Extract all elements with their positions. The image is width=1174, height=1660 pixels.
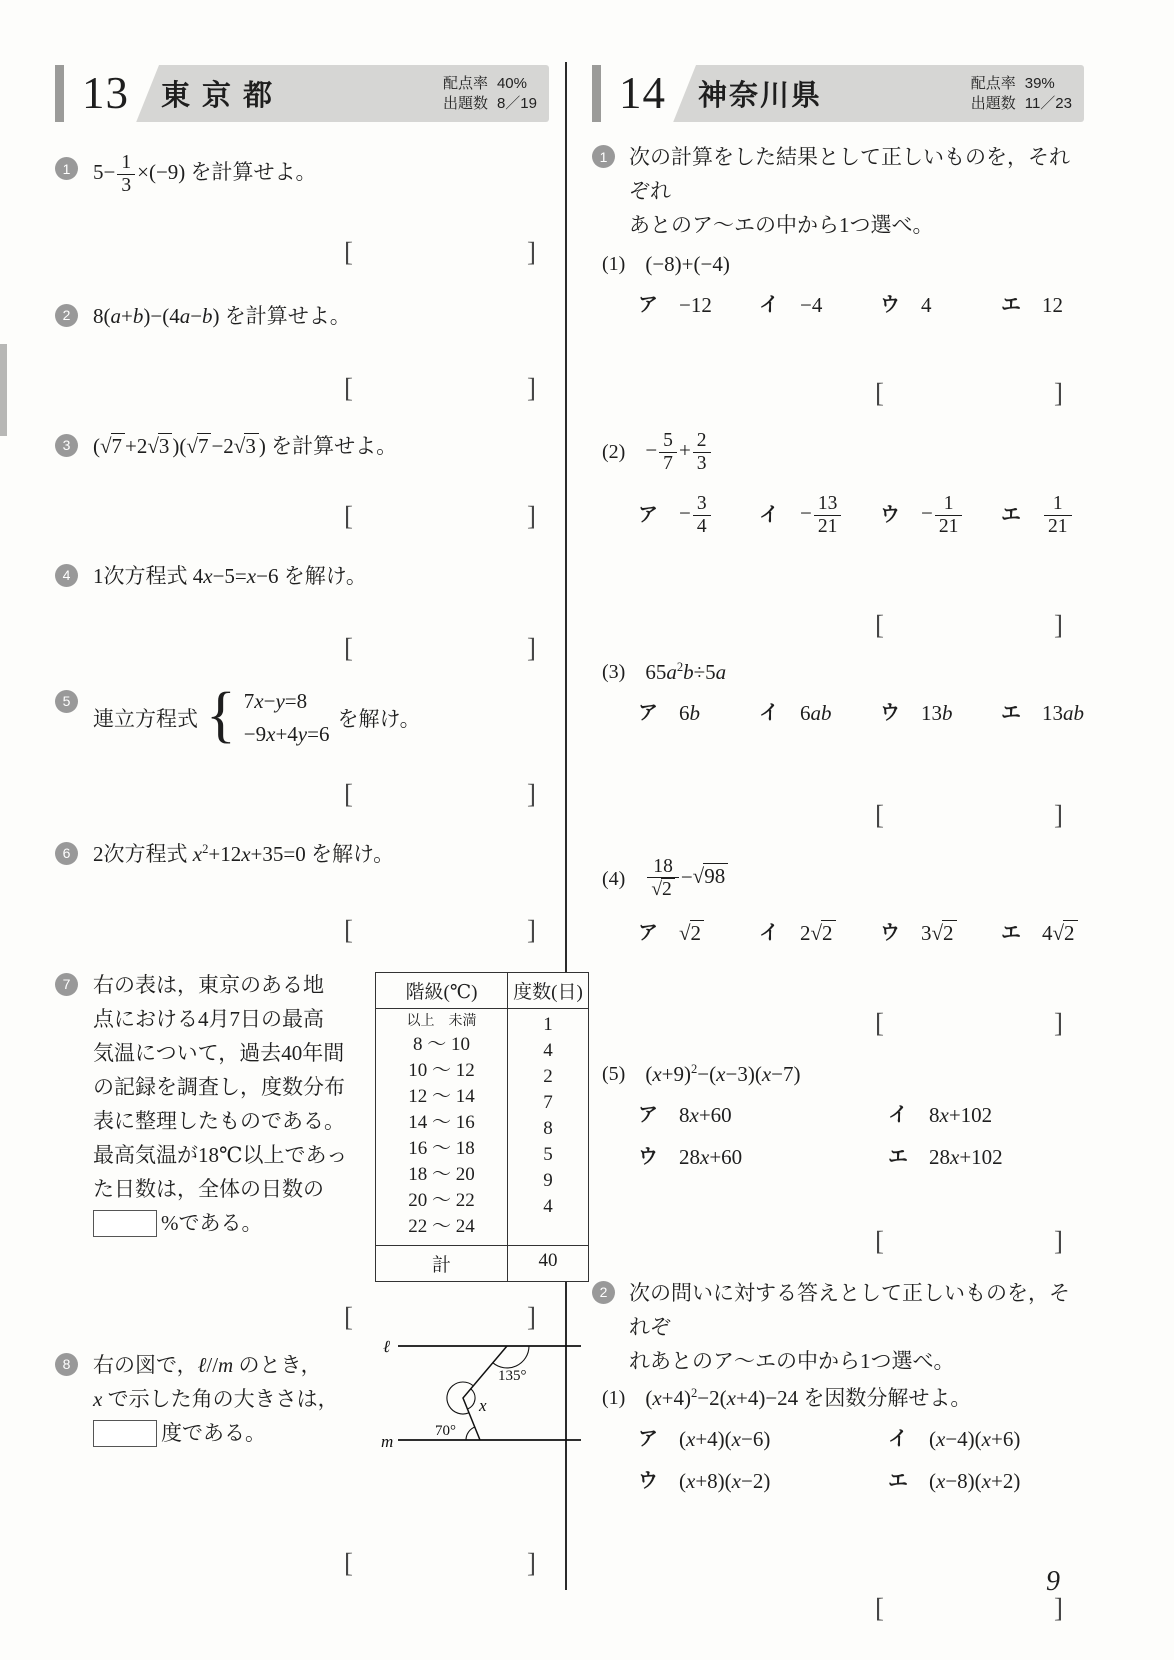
subproblem-label: (5) <box>602 1058 625 1090</box>
options-row: ア8x+60 イ8x+102 <box>638 1098 1084 1132</box>
answer-bracket-pair: [ ] <box>875 1226 1063 1256</box>
answer-bracket-pair: [ ] <box>344 237 536 267</box>
section-accent-stripe <box>55 65 64 122</box>
option-value: 8x+102 <box>929 1098 992 1132</box>
problem-number-badge: 2 <box>55 304 78 327</box>
answer-bracket-close: ] <box>1054 610 1063 640</box>
answer-bracket-pair: [ ] <box>875 800 1063 830</box>
system-label: 連立方程式 <box>93 703 198 733</box>
answer-bracket-close: ] <box>1054 378 1063 408</box>
answer-bracket-pair: [ ] <box>875 610 1063 640</box>
total-value: 40 <box>508 1246 588 1281</box>
answer-bracket-open: [ <box>875 800 884 830</box>
section-accent-stripe <box>592 65 601 122</box>
problem-7: 7 右の表は，東京のある地 点における4月7日の最高 気温について，過去40年間… <box>55 968 549 1282</box>
table-cell: 2 <box>508 1064 588 1090</box>
subproblem-expression: −57+23 <box>645 430 712 475</box>
table-cell: 4 <box>508 1038 588 1064</box>
system-brace: { <box>206 688 236 744</box>
option-a: ア√2 <box>638 916 759 950</box>
subproblem-expression: (x+9)2−(x−3)(x−7) <box>645 1058 800 1090</box>
problem-body: 連立方程式 { 7x−y=8 −9x+4y=6 を解け。 <box>93 685 421 751</box>
total-label: 計 <box>376 1246 508 1281</box>
rate-value: 39% <box>1025 74 1055 94</box>
table-cell: 5 <box>508 1142 588 1168</box>
problem-number-badge: 7 <box>55 973 78 996</box>
subproblem-expression: (x+4)2−2(x+4)−24 を因数分解せよ。 <box>645 1382 971 1414</box>
option-value: (x−8)(x+2) <box>929 1464 1020 1498</box>
option-value: (x+4)(x−6) <box>679 1422 770 1456</box>
problem-5: 5 連立方程式 { 7x−y=8 −9x+4y=6 を解け。 <box>55 685 549 751</box>
system-suffix: を解け。 <box>337 703 420 733</box>
option-key: ア <box>638 498 658 532</box>
option-i: イ−4 <box>759 288 880 322</box>
answer-bracket-open: [ <box>344 1548 353 1578</box>
section-14-header: 14 神奈川県 配点率39% 出題数11／23 <box>592 65 1084 122</box>
problem-number-badge: 4 <box>55 564 78 587</box>
col-header-class: 階級(℃) <box>376 973 508 1008</box>
option-value: 13b <box>921 696 953 730</box>
problem-body: 5−13×(−9) を計算せよ。 <box>93 152 317 197</box>
angle-label-70: 70° <box>435 1423 456 1439</box>
option-value: 3√2 <box>921 916 957 950</box>
answer-bracket-close: ] <box>527 1548 536 1578</box>
table-row: 20 ～ 22 <box>376 1188 507 1214</box>
subproblem-expression: (−8)+(−4) <box>645 248 730 280</box>
option-value: (x−4)(x+6) <box>929 1422 1020 1456</box>
option-value: 4√2 <box>1042 916 1078 950</box>
transversal-segments <box>463 1346 507 1440</box>
left-column: 13 東 京 都 配点率40% 出題数8／19 1 5−13×(−9) を計算せ… <box>55 60 549 1578</box>
options-row: ア(x+4)(x−6) イ(x−4)(x+6) <box>638 1422 1084 1456</box>
option-u: ウ4 <box>880 288 1001 322</box>
angle-label-x: x <box>478 1396 487 1415</box>
option-e: エ(x−8)(x+2) <box>888 1464 1138 1498</box>
section-title: 東 京 都 <box>161 73 274 114</box>
rate-value: 40% <box>497 74 527 94</box>
equation-2: −9x+4y=6 <box>244 718 330 751</box>
table-row: 10 ～ 12 <box>376 1058 507 1084</box>
option-key: ア <box>638 1098 658 1132</box>
subproblem-expression: 18√2−√98 <box>645 856 728 902</box>
option-e: エ4√2 <box>1001 916 1122 950</box>
problem-intro: 次の問いに対する答えとして正しいものを，それぞ れあとのア～エの中から1つ選べ。 <box>629 1276 1084 1378</box>
option-key: エ <box>888 1464 908 1498</box>
option-value: 121 <box>1042 493 1074 538</box>
answer-bracket-open: [ <box>875 378 884 408</box>
option-value: 28x+102 <box>929 1140 1003 1174</box>
option-key: イ <box>759 916 779 950</box>
answer-bracket-close: ] <box>1054 1008 1063 1038</box>
table-row: 18 ～ 20 <box>376 1162 507 1188</box>
table-row: 16 ～ 18 <box>376 1136 507 1162</box>
section-number-badge: 13 <box>64 65 159 122</box>
option-e: エ12 <box>1001 288 1122 322</box>
problem-body: 右の図で，ℓ//m のとき， x で示した角の大きさは， 度である。 ℓ m 1… <box>93 1348 581 1458</box>
problem-4: 4 1次方程式 4x−5=x−6 を解け。 <box>55 559 549 593</box>
col-header-frequency: 度数(日) <box>508 973 588 1008</box>
option-key: エ <box>1001 288 1021 322</box>
count-label: 出題数 <box>443 94 488 114</box>
section-number: 14 <box>619 71 666 116</box>
option-key: イ <box>888 1098 908 1132</box>
answer-bracket-pair: [ ] <box>344 501 536 531</box>
option-i: イ8x+102 <box>888 1098 1138 1132</box>
problem-1: 1 5−13×(−9) を計算せよ。 <box>55 152 549 197</box>
option-value: 12 <box>1042 288 1063 322</box>
options-row: ウ28x+60 エ28x+102 <box>638 1140 1084 1174</box>
problem-body: 8(a+b)−(4a−b) を計算せよ。 <box>93 299 351 333</box>
line-l-label: ℓ <box>383 1337 390 1356</box>
section-number: 13 <box>82 71 129 116</box>
frequency-column: 1 4 2 7 8 5 9 4 <box>508 1009 588 1245</box>
option-key: エ <box>888 1140 908 1174</box>
option-a: ア−34 <box>638 493 759 538</box>
subproblem-1-1: (1) (−8)+(−4) ア−12 イ−4 ウ4 エ12 <box>602 248 1084 322</box>
right-column: 14 神奈川県 配点率39% 出題数11／23 1 次の計算をした結果として正し… <box>592 60 1084 1623</box>
problem-8: 8 右の図で，ℓ//m のとき， x で示した角の大きさは， 度である。 ℓ m… <box>55 1348 549 1458</box>
subproblem-label: (1) <box>602 1382 625 1414</box>
answer-bracket-pair: [ ] <box>875 1593 1063 1623</box>
problem-intro: 次の計算をした結果として正しいものを，それぞれ あとのア～エの中から1つ選べ。 <box>629 140 1084 242</box>
option-value: −1321 <box>800 493 843 538</box>
subproblem-1-3: (3) 65a2b÷5a ア6b イ6ab ウ13b エ13ab <box>602 656 1084 730</box>
table-total-row: 計 40 <box>376 1245 588 1281</box>
answer-bracket-pair: [ ] <box>875 378 1063 408</box>
table-body: 以上 未満 8 ～ 10 10 ～ 12 12 ～ 14 14 ～ 16 16 … <box>376 1009 588 1245</box>
option-key: ウ <box>638 1464 658 1498</box>
section-stats: 配点率40% 出題数8／19 <box>443 74 537 114</box>
answer-bracket-pair: [ ] <box>344 633 536 663</box>
subproblem-expression: 65a2b÷5a <box>645 656 726 688</box>
option-key: イ <box>759 498 779 532</box>
option-value: (x+8)(x−2) <box>679 1464 770 1498</box>
answer-bracket-open: [ <box>875 1593 884 1623</box>
table-row: 12 ～ 14 <box>376 1084 507 1110</box>
options-row: ウ(x+8)(x−2) エ(x−8)(x+2) <box>638 1464 1084 1498</box>
problem-number-badge: 1 <box>592 145 615 168</box>
options-row: ア6b イ6ab ウ13b エ13ab <box>638 696 1084 730</box>
system-equations: 7x−y=8 −9x+4y=6 <box>244 685 330 751</box>
answer-bracket-open: [ <box>344 633 353 663</box>
table-cell: 7 <box>508 1090 588 1116</box>
subproblem-label: (1) <box>602 248 625 280</box>
angle-arc-reflex <box>447 1382 473 1414</box>
subproblem-1-4: (4) 18√2−√98 ア√2 イ2√2 ウ3√2 エ4√2 <box>602 856 1084 950</box>
line-m-label: m <box>381 1432 393 1451</box>
problem-body: 1次方程式 4x−5=x−6 を解け。 <box>93 559 367 593</box>
option-value: 28x+60 <box>679 1140 742 1174</box>
subproblem-label: (3) <box>602 656 625 688</box>
option-key: エ <box>1001 696 1021 730</box>
problem-number-badge: 1 <box>55 157 78 180</box>
answer-bracket-open: [ <box>344 237 353 267</box>
parallel-lines-figure: ℓ m 135° x 70° <box>381 1332 581 1458</box>
option-value: −34 <box>679 493 713 538</box>
problem-number-badge: 3 <box>55 434 78 457</box>
problem-3: 3 (√7+2√3)(√7−2√3) を計算せよ。 <box>55 429 549 463</box>
section-title: 神奈川県 <box>698 73 822 114</box>
option-i: イ6ab <box>759 696 880 730</box>
answer-bracket-close: ] <box>527 633 536 663</box>
option-value: 13ab <box>1042 696 1084 730</box>
option-i: イ(x−4)(x+6) <box>888 1422 1138 1456</box>
option-e: エ28x+102 <box>888 1140 1138 1174</box>
option-key: イ <box>888 1422 908 1456</box>
option-value: 2√2 <box>800 916 836 950</box>
option-value: 6ab <box>800 696 832 730</box>
option-a: ア−12 <box>638 288 759 322</box>
problem-6: 6 2次方程式 x2+12x+35=0 を解け。 <box>55 837 549 871</box>
problem-number-badge: 6 <box>55 842 78 865</box>
answer-bracket-open: [ <box>344 501 353 531</box>
problem-2: 2 次の問いに対する答えとして正しいものを，それぞ れあとのア～エの中から1つ選… <box>592 1276 1084 1378</box>
angle-label-135: 135° <box>498 1368 527 1384</box>
problem-number-badge: 2 <box>592 1281 615 1304</box>
option-value: −4 <box>800 288 822 322</box>
option-e: エ13ab <box>1001 696 1122 730</box>
table-subheader: 以上 未満 <box>376 1012 507 1032</box>
subproblem-1-2: (2) −57+23 ア−34 イ−1321 ウ−121 エ121 <box>602 430 1084 538</box>
count-value: 11／23 <box>1025 94 1072 114</box>
problem-1: 1 次の計算をした結果として正しいものを，それぞれ あとのア～エの中から1つ選べ… <box>592 140 1084 242</box>
answer-bracket-open: [ <box>344 915 353 945</box>
problem-body: 右の表は，東京のある地 点における4月7日の最高 気温について，過去40年間 の… <box>93 968 589 1282</box>
table-row: 22 ～ 24 <box>376 1214 507 1240</box>
problem-2: 2 8(a+b)−(4a−b) を計算せよ。 <box>55 299 549 333</box>
problem-number-badge: 8 <box>55 1353 78 1376</box>
options-row: ア−34 イ−1321 ウ−121 エ121 <box>638 493 1084 538</box>
option-key: ア <box>638 288 658 322</box>
option-a: ア8x+60 <box>638 1098 888 1132</box>
equation-1: 7x−y=8 <box>244 685 330 718</box>
answer-bracket-pair: [ ] <box>344 1548 536 1578</box>
option-u: ウ28x+60 <box>638 1140 888 1174</box>
problem-text: 右の表は，東京のある地 点における4月7日の最高 気温について，過去40年間 の… <box>93 968 365 1282</box>
subproblem-label: (2) <box>602 436 625 468</box>
option-key: ウ <box>638 1140 658 1174</box>
option-key: エ <box>1001 916 1021 950</box>
class-column: 以上 未満 8 ～ 10 10 ～ 12 12 ～ 14 14 ～ 16 16 … <box>376 1009 508 1245</box>
answer-bracket-pair: [ ] <box>344 915 536 945</box>
option-value: 6b <box>679 696 700 730</box>
table-cell: 4 <box>508 1194 588 1220</box>
answer-bracket-open: [ <box>344 1302 353 1332</box>
count-value: 8／19 <box>497 94 537 114</box>
option-u: ウ−121 <box>880 493 1001 538</box>
answer-bracket-close: ] <box>1054 800 1063 830</box>
table-header-row: 階級(℃) 度数(日) <box>376 973 588 1009</box>
workbook-page: 13 東 京 都 配点率40% 出題数8／19 1 5−13×(−9) を計算せ… <box>0 0 1174 1660</box>
problem-body: (√7+2√3)(√7−2√3) を計算せよ。 <box>93 429 397 463</box>
option-key: ウ <box>880 288 900 322</box>
subproblem-1-5: (5) (x+9)2−(x−3)(x−7) ア8x+60 イ8x+102 ウ28… <box>602 1058 1084 1174</box>
answer-bracket-close: ] <box>527 1302 536 1332</box>
count-label: 出題数 <box>971 94 1016 114</box>
answer-bracket-open: [ <box>344 779 353 809</box>
section-number-badge: 14 <box>601 65 696 122</box>
answer-bracket-pair: [ ] <box>344 1302 536 1332</box>
option-value: √2 <box>679 916 704 950</box>
answer-bracket-close: ] <box>527 501 536 531</box>
table-cell: 9 <box>508 1168 588 1194</box>
option-i: イ2√2 <box>759 916 880 950</box>
table-row: 14 ～ 16 <box>376 1110 507 1136</box>
option-key: イ <box>759 288 779 322</box>
option-i: イ−1321 <box>759 493 880 538</box>
table-cell: 1 <box>508 1012 588 1038</box>
options-row: ア√2 イ2√2 ウ3√2 エ4√2 <box>638 916 1084 950</box>
answer-bracket-close: ] <box>527 779 536 809</box>
table-row: 8 ～ 10 <box>376 1032 507 1058</box>
subproblem-2-1: (1) (x+4)2−2(x+4)−24 を因数分解せよ。 ア(x+4)(x−6… <box>602 1382 1084 1498</box>
option-value: 4 <box>921 288 932 322</box>
scan-edge-artifact <box>0 344 7 436</box>
answer-bracket-open: [ <box>875 1226 884 1256</box>
problem-text: 右の図で，ℓ//m のとき， x で示した角の大きさは， 度である。 <box>93 1348 375 1458</box>
option-a: ア6b <box>638 696 759 730</box>
answer-bracket-close: ] <box>527 237 536 267</box>
option-a: ア(x+4)(x−6) <box>638 1422 888 1456</box>
answer-bracket-open: [ <box>875 1008 884 1038</box>
options-row: ア−12 イ−4 ウ4 エ12 <box>638 288 1084 322</box>
answer-bracket-pair: [ ] <box>344 373 536 403</box>
problem-number-badge: 5 <box>55 690 78 713</box>
option-key: ア <box>638 916 658 950</box>
option-key: ア <box>638 1422 658 1456</box>
rate-label: 配点率 <box>971 74 1016 94</box>
option-value: −12 <box>679 288 712 322</box>
option-key: ア <box>638 696 658 730</box>
option-u: ウ3√2 <box>880 916 1001 950</box>
option-u: ウ(x+8)(x−2) <box>638 1464 888 1498</box>
frequency-table: 階級(℃) 度数(日) 以上 未満 8 ～ 10 10 ～ 12 12 ～ 14… <box>375 972 589 1282</box>
section-stats: 配点率39% 出題数11／23 <box>971 74 1072 114</box>
option-u: ウ13b <box>880 696 1001 730</box>
option-key: ウ <box>880 916 900 950</box>
answer-bracket-open: [ <box>875 610 884 640</box>
answer-bracket-open: [ <box>344 373 353 403</box>
rate-label: 配点率 <box>443 74 488 94</box>
option-key: イ <box>759 696 779 730</box>
answer-bracket-pair: [ ] <box>344 779 536 809</box>
angle-arc-70 <box>466 1427 475 1440</box>
subproblem-label: (4) <box>602 863 625 895</box>
option-value: 8x+60 <box>679 1098 732 1132</box>
option-key: エ <box>1001 498 1021 532</box>
option-e: エ121 <box>1001 493 1122 538</box>
answer-bracket-close: ] <box>527 915 536 945</box>
page-number: 9 <box>1046 1566 1060 1598</box>
option-key: ウ <box>880 498 900 532</box>
answer-bracket-close: ] <box>1054 1226 1063 1256</box>
problem-body: 2次方程式 x2+12x+35=0 を解け。 <box>93 837 394 871</box>
option-value: −121 <box>921 493 964 538</box>
option-key: ウ <box>880 696 900 730</box>
answer-bracket-pair: [ ] <box>875 1008 1063 1038</box>
section-13-header: 13 東 京 都 配点率40% 出題数8／19 <box>55 65 549 122</box>
answer-bracket-close: ] <box>527 373 536 403</box>
table-cell: 8 <box>508 1116 588 1142</box>
